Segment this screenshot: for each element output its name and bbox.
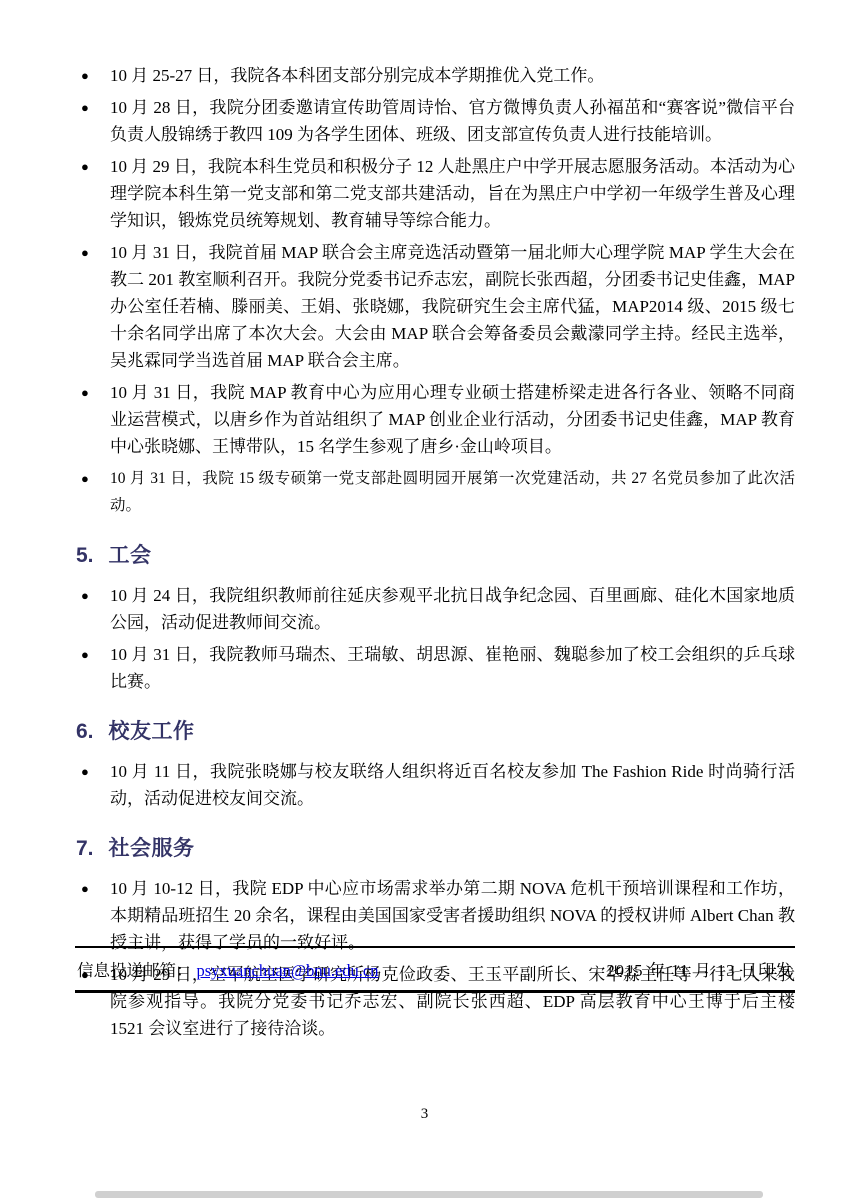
list-item-text: 10 月 29 日，我院本科生党员和积极分子 12 人赴黑庄户中学开展志愿服务活… (110, 157, 795, 230)
footer-bottom-rule (75, 990, 795, 993)
section-alumni-list: ● 10 月 11 日，我院张晓娜与校友联络人组织将近百名校友参加 The Fa… (75, 758, 795, 812)
list-item-text: 10 月 24 日，我院组织教师前往延庆参观平北抗日战争纪念园、百里画廊、硅化木… (110, 586, 795, 632)
document-content: ● 10 月 25-27 日，我院各本科团支部分别完成本学期推优入党工作。 ● … (75, 62, 795, 1047)
section-title: 校友工作 (109, 720, 195, 743)
bullet-icon: ● (81, 153, 89, 180)
list-item: ● 10 月 31 日，我院首届 MAP 联合会主席竞选活动暨第一届北师大心理学… (75, 239, 795, 374)
scrollbar[interactable] (95, 1191, 763, 1198)
section-union-list: ● 10 月 24 日，我院组织教师前往延庆参观平北抗日战争纪念园、百里画廊、硅… (75, 582, 795, 695)
section-title: 工会 (109, 544, 152, 567)
bullet-icon: ● (81, 239, 89, 266)
document-page: ● 10 月 25-27 日，我院各本科团支部分别完成本学期推优入党工作。 ● … (0, 0, 849, 1200)
section-number: 7. (76, 837, 94, 861)
list-item: ● 10 月 28 日，我院分团委邀请宣传助管周诗怡、官方微博负责人孙福茁和“赛… (75, 94, 795, 148)
section-heading-social-service: 7.社会服务 (76, 832, 795, 862)
section-title: 社会服务 (109, 837, 195, 860)
list-item-text: 10 月 11 日，我院张晓娜与校友联络人组织将近百名校友参加 The Fash… (110, 762, 795, 808)
page-footer: 信息投递邮箱：psyxuanchuan@bnu.edu.cn 2015 年 11… (75, 946, 795, 993)
list-item: ● 10 月 31 日，我院教师马瑞杰、王瑞敏、胡思源、崔艳丽、魏聪参加了校工会… (75, 641, 795, 695)
list-item: ● 10 月 10-12 日，我院 EDP 中心应市场需求举办第二期 NOVA … (75, 875, 795, 956)
list-item-text: 10 月 25-27 日，我院各本科团支部分别完成本学期推优入党工作。 (110, 66, 604, 85)
section-number: 6. (76, 720, 94, 744)
bullet-icon: ● (81, 758, 89, 785)
bullet-icon: ● (81, 465, 89, 492)
list-item-text: 10 月 10-12 日，我院 EDP 中心应市场需求举办第二期 NOVA 危机… (110, 879, 795, 952)
page-number: 3 (0, 1106, 849, 1123)
list-item: ● 10 月 24 日，我院组织教师前往延庆参观平北抗日战争纪念园、百里画廊、硅… (75, 582, 795, 636)
bullet-icon: ● (81, 379, 89, 406)
print-date: 2015 年 11 月 13 日印发 (606, 957, 793, 981)
list-item-text: 10 月 31 日，我院 15 级专硕第一党支部赴圆明园开展第一次党建活动，共 … (110, 470, 795, 514)
section-heading-alumni: 6.校友工作 (76, 715, 795, 745)
section-4-continued-list: ● 10 月 25-27 日，我院各本科团支部分别完成本学期推优入党工作。 ● … (75, 62, 795, 519)
list-item: ● 10 月 31 日，我院 MAP 教育中心为应用心理专业硕士搭建桥梁走进各行… (75, 379, 795, 460)
list-item: ● 10 月 25-27 日，我院各本科团支部分别完成本学期推优入党工作。 (75, 62, 795, 89)
list-item: ● 10 月 31 日，我院 15 级专硕第一党支部赴圆明园开展第一次党建活动，… (75, 465, 795, 519)
bullet-icon: ● (81, 62, 89, 89)
list-item: ● 10 月 11 日，我院张晓娜与校友联络人组织将近百名校友参加 The Fa… (75, 758, 795, 812)
list-item-text: 10 月 31 日，我院教师马瑞杰、王瑞敏、胡思源、崔艳丽、魏聪参加了校工会组织… (110, 645, 795, 691)
section-number: 5. (76, 544, 94, 568)
footer-email-label: 信息投递邮箱： (77, 961, 193, 980)
bullet-icon: ● (81, 94, 89, 121)
bullet-icon: ● (81, 875, 89, 902)
bullet-icon: ● (81, 582, 89, 609)
list-item-text: 10 月 31 日，我院 MAP 教育中心为应用心理专业硕士搭建桥梁走进各行各业… (110, 383, 795, 456)
email-link[interactable]: psyxuanchuan@bnu.edu.cn (197, 961, 379, 980)
bullet-icon: ● (81, 641, 89, 668)
list-item: ● 10 月 29 日，我院本科生党员和积极分子 12 人赴黑庄户中学开展志愿服… (75, 153, 795, 234)
section-heading-union: 5.工会 (76, 539, 795, 569)
list-item-text: 10 月 28 日，我院分团委邀请宣传助管周诗怡、官方微博负责人孙福茁和“赛客说… (110, 98, 795, 144)
list-item-text: 10 月 31 日，我院首届 MAP 联合会主席竞选活动暨第一届北师大心理学院 … (110, 243, 795, 370)
